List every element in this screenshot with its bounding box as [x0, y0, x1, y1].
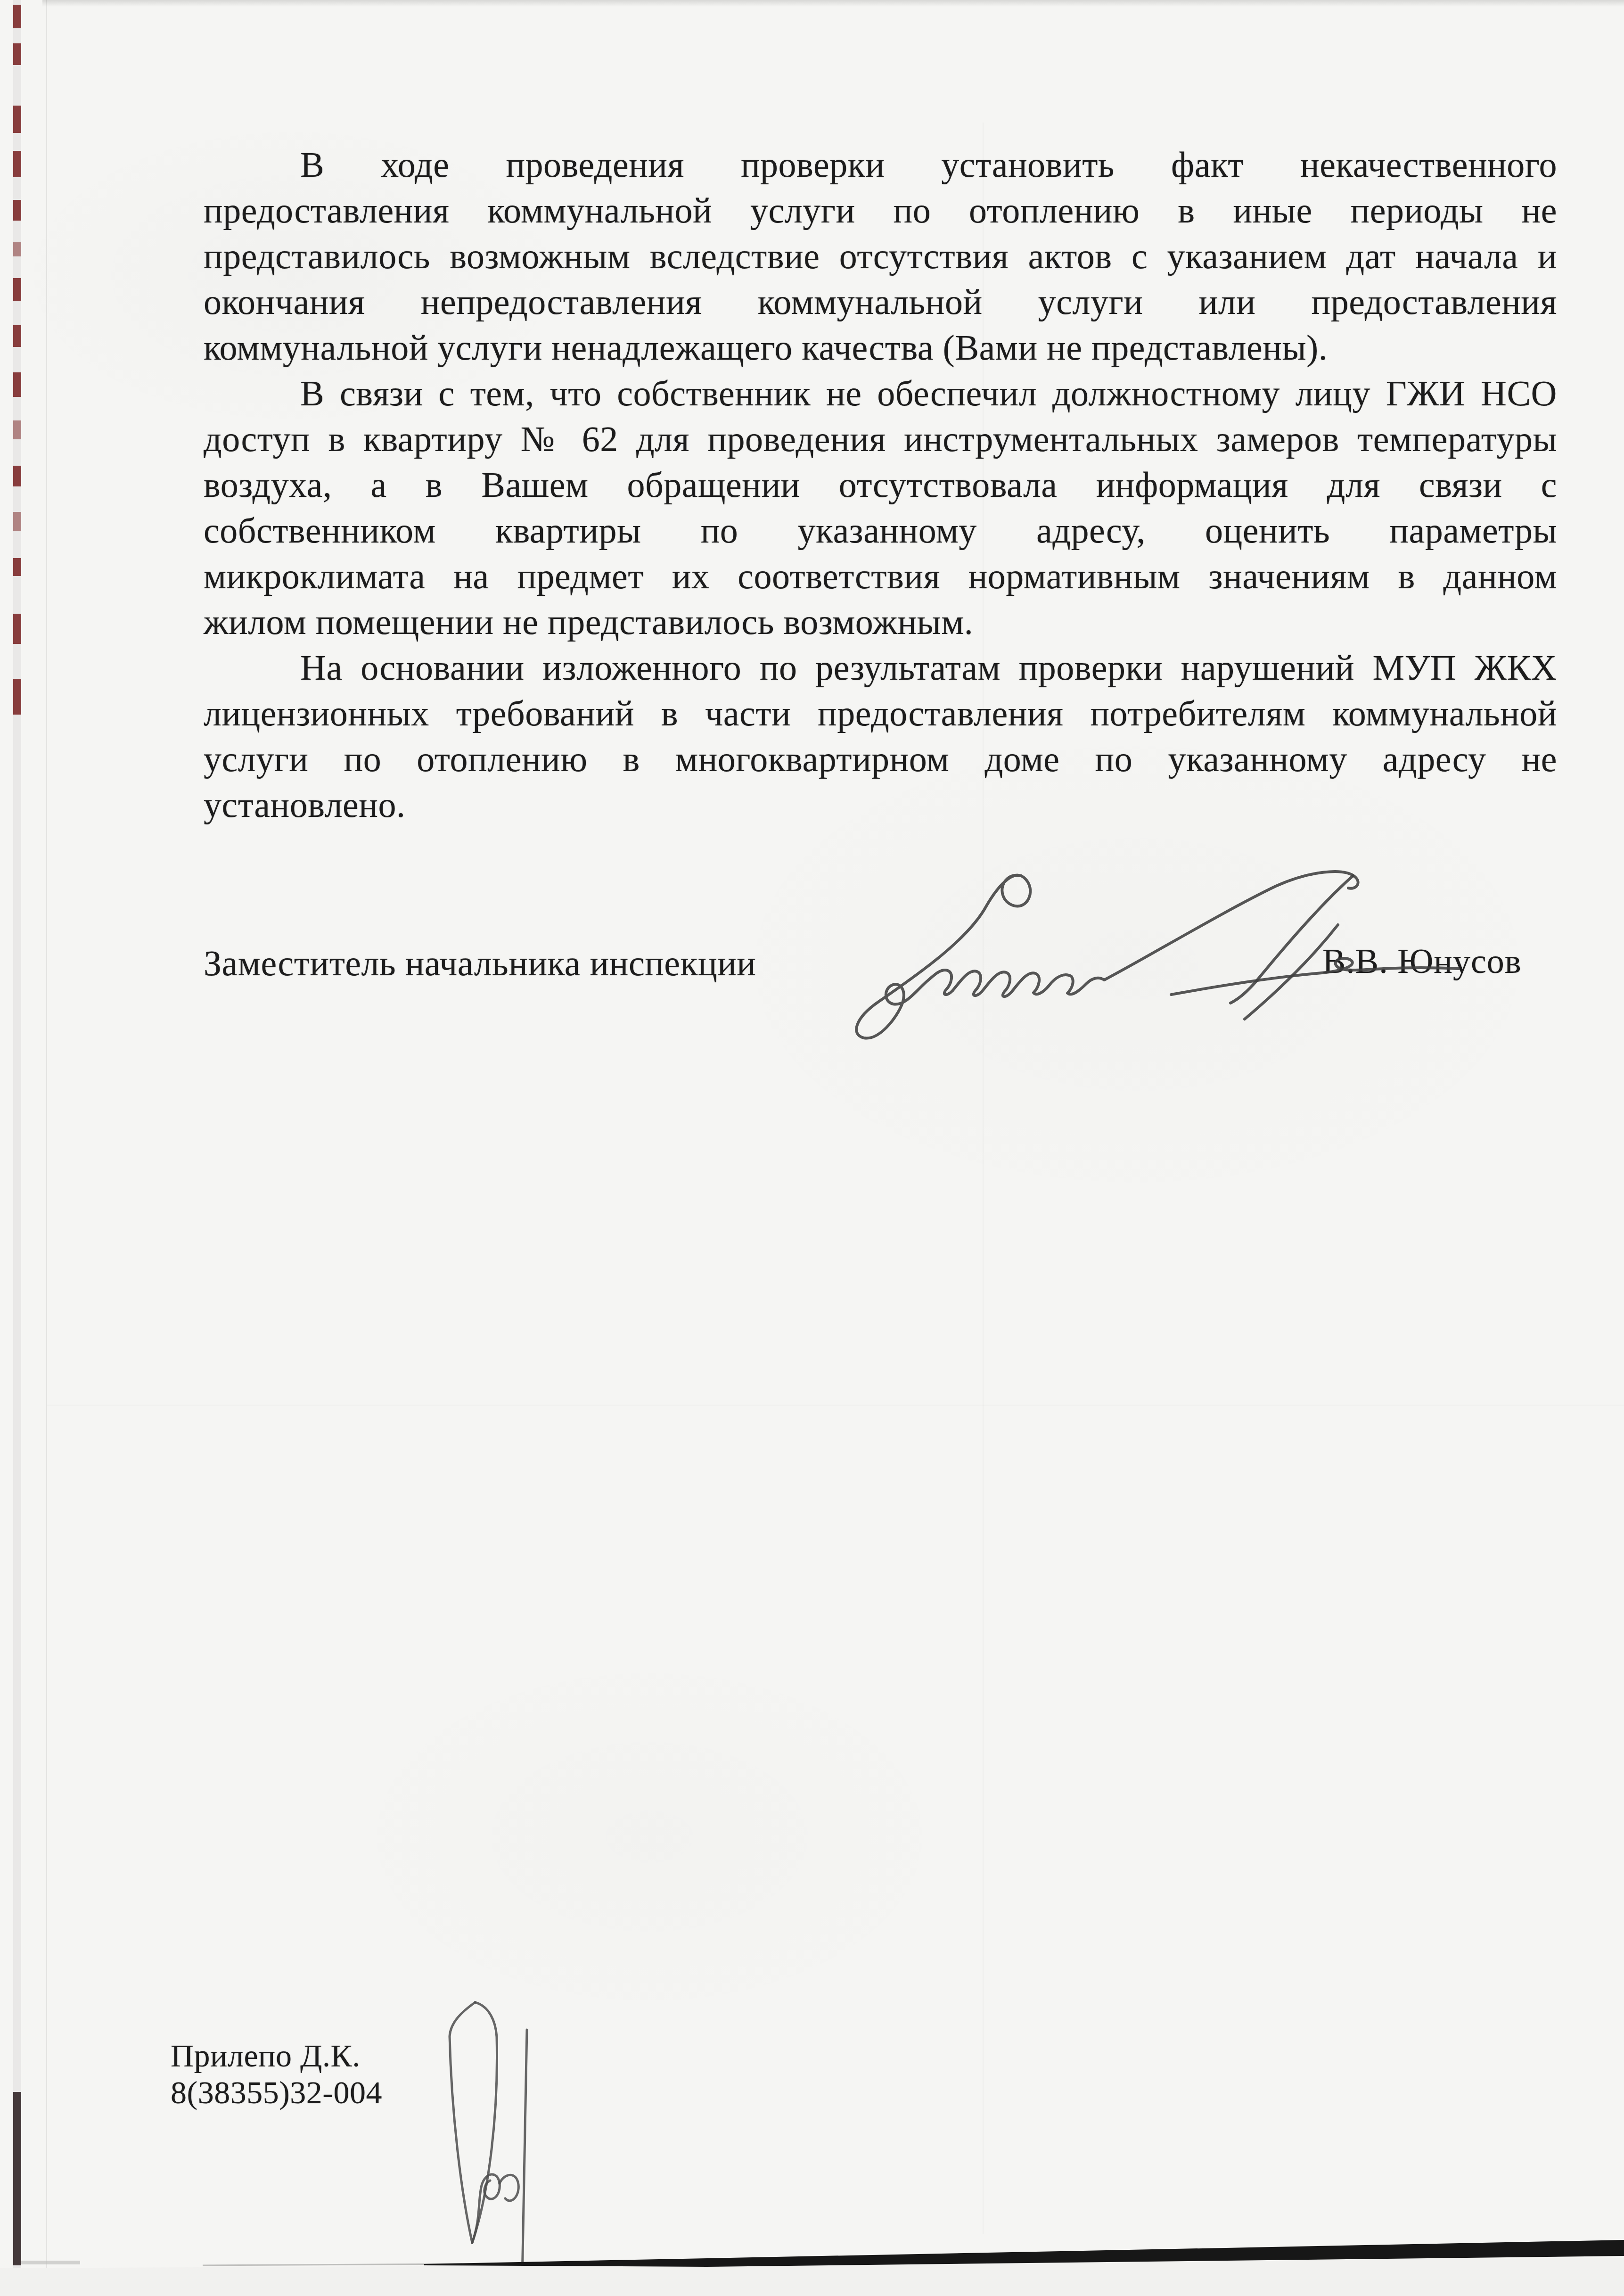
body-line: доступ в квартиру № 62 для проведения ин… [204, 417, 1557, 462]
body-line: окончания непредоставления коммунальной … [204, 280, 1557, 325]
scan-edge-mark [13, 325, 21, 347]
body-line: На основании изложенного по результатам … [204, 645, 1557, 691]
scan-edge-mark [13, 43, 21, 65]
scan-edge-mark [13, 512, 21, 531]
letter-body: В ходе проведения проверки установить фа… [204, 142, 1557, 828]
body-line: В ходе проведения проверки установить фа… [204, 142, 1557, 188]
scan-edge-mark [13, 278, 21, 301]
scan-edge-mark [13, 679, 21, 715]
scan-edge-mark [13, 106, 21, 133]
scan-edge-mark [13, 5, 21, 28]
body-line: установлено. [204, 782, 1557, 828]
scan-edge-mark [13, 466, 21, 486]
body-line: коммунальной услуги ненадлежащего качест… [204, 325, 1557, 371]
scan-edge-mark [13, 151, 21, 177]
scan-top-edge-shadow [42, 0, 1624, 7]
executor-name: Прилепо Д.К. [171, 2037, 382, 2074]
body-line: воздуха, а в Вашем обращении отсутствова… [204, 462, 1557, 508]
scan-edge-mark [13, 242, 21, 256]
scan-bottom-edge [0, 2234, 1624, 2296]
body-line: услуги по отоплению в многоквартирном до… [204, 737, 1557, 782]
paper-fold-line [47, 1405, 1624, 1406]
scan-edge-mark [13, 558, 21, 576]
scan-left-page-line [46, 0, 47, 2296]
body-line: представилось возможным вследствие отсут… [204, 234, 1557, 280]
body-line: собственником квартиры по указанному адр… [204, 508, 1557, 554]
handwritten-signature [846, 868, 1480, 1057]
executor-block: Прилепо Д.К. 8(38355)32-004 [171, 2037, 382, 2111]
scan-edge-mark [13, 420, 21, 439]
scan-edge-mark [13, 372, 21, 397]
body-line: жилом помещении не представилось возможн… [204, 600, 1557, 645]
signer-position-title: Заместитель начальника инспекции [204, 941, 756, 987]
scan-edge-mark [13, 614, 21, 644]
scanned-letter-page: В ходе проведения проверки установить фа… [0, 0, 1624, 2296]
body-line: микроклимата на предмет их соответствия … [204, 554, 1557, 600]
executor-phone: 8(38355)32-004 [171, 2074, 382, 2111]
scan-edge-mark [13, 200, 21, 221]
body-line: В связи с тем, что собственник не обеспе… [204, 371, 1557, 417]
body-line: предоставления коммунальной услуги по от… [204, 188, 1557, 234]
body-line: лицензионных требований в части предоста… [204, 691, 1557, 737]
